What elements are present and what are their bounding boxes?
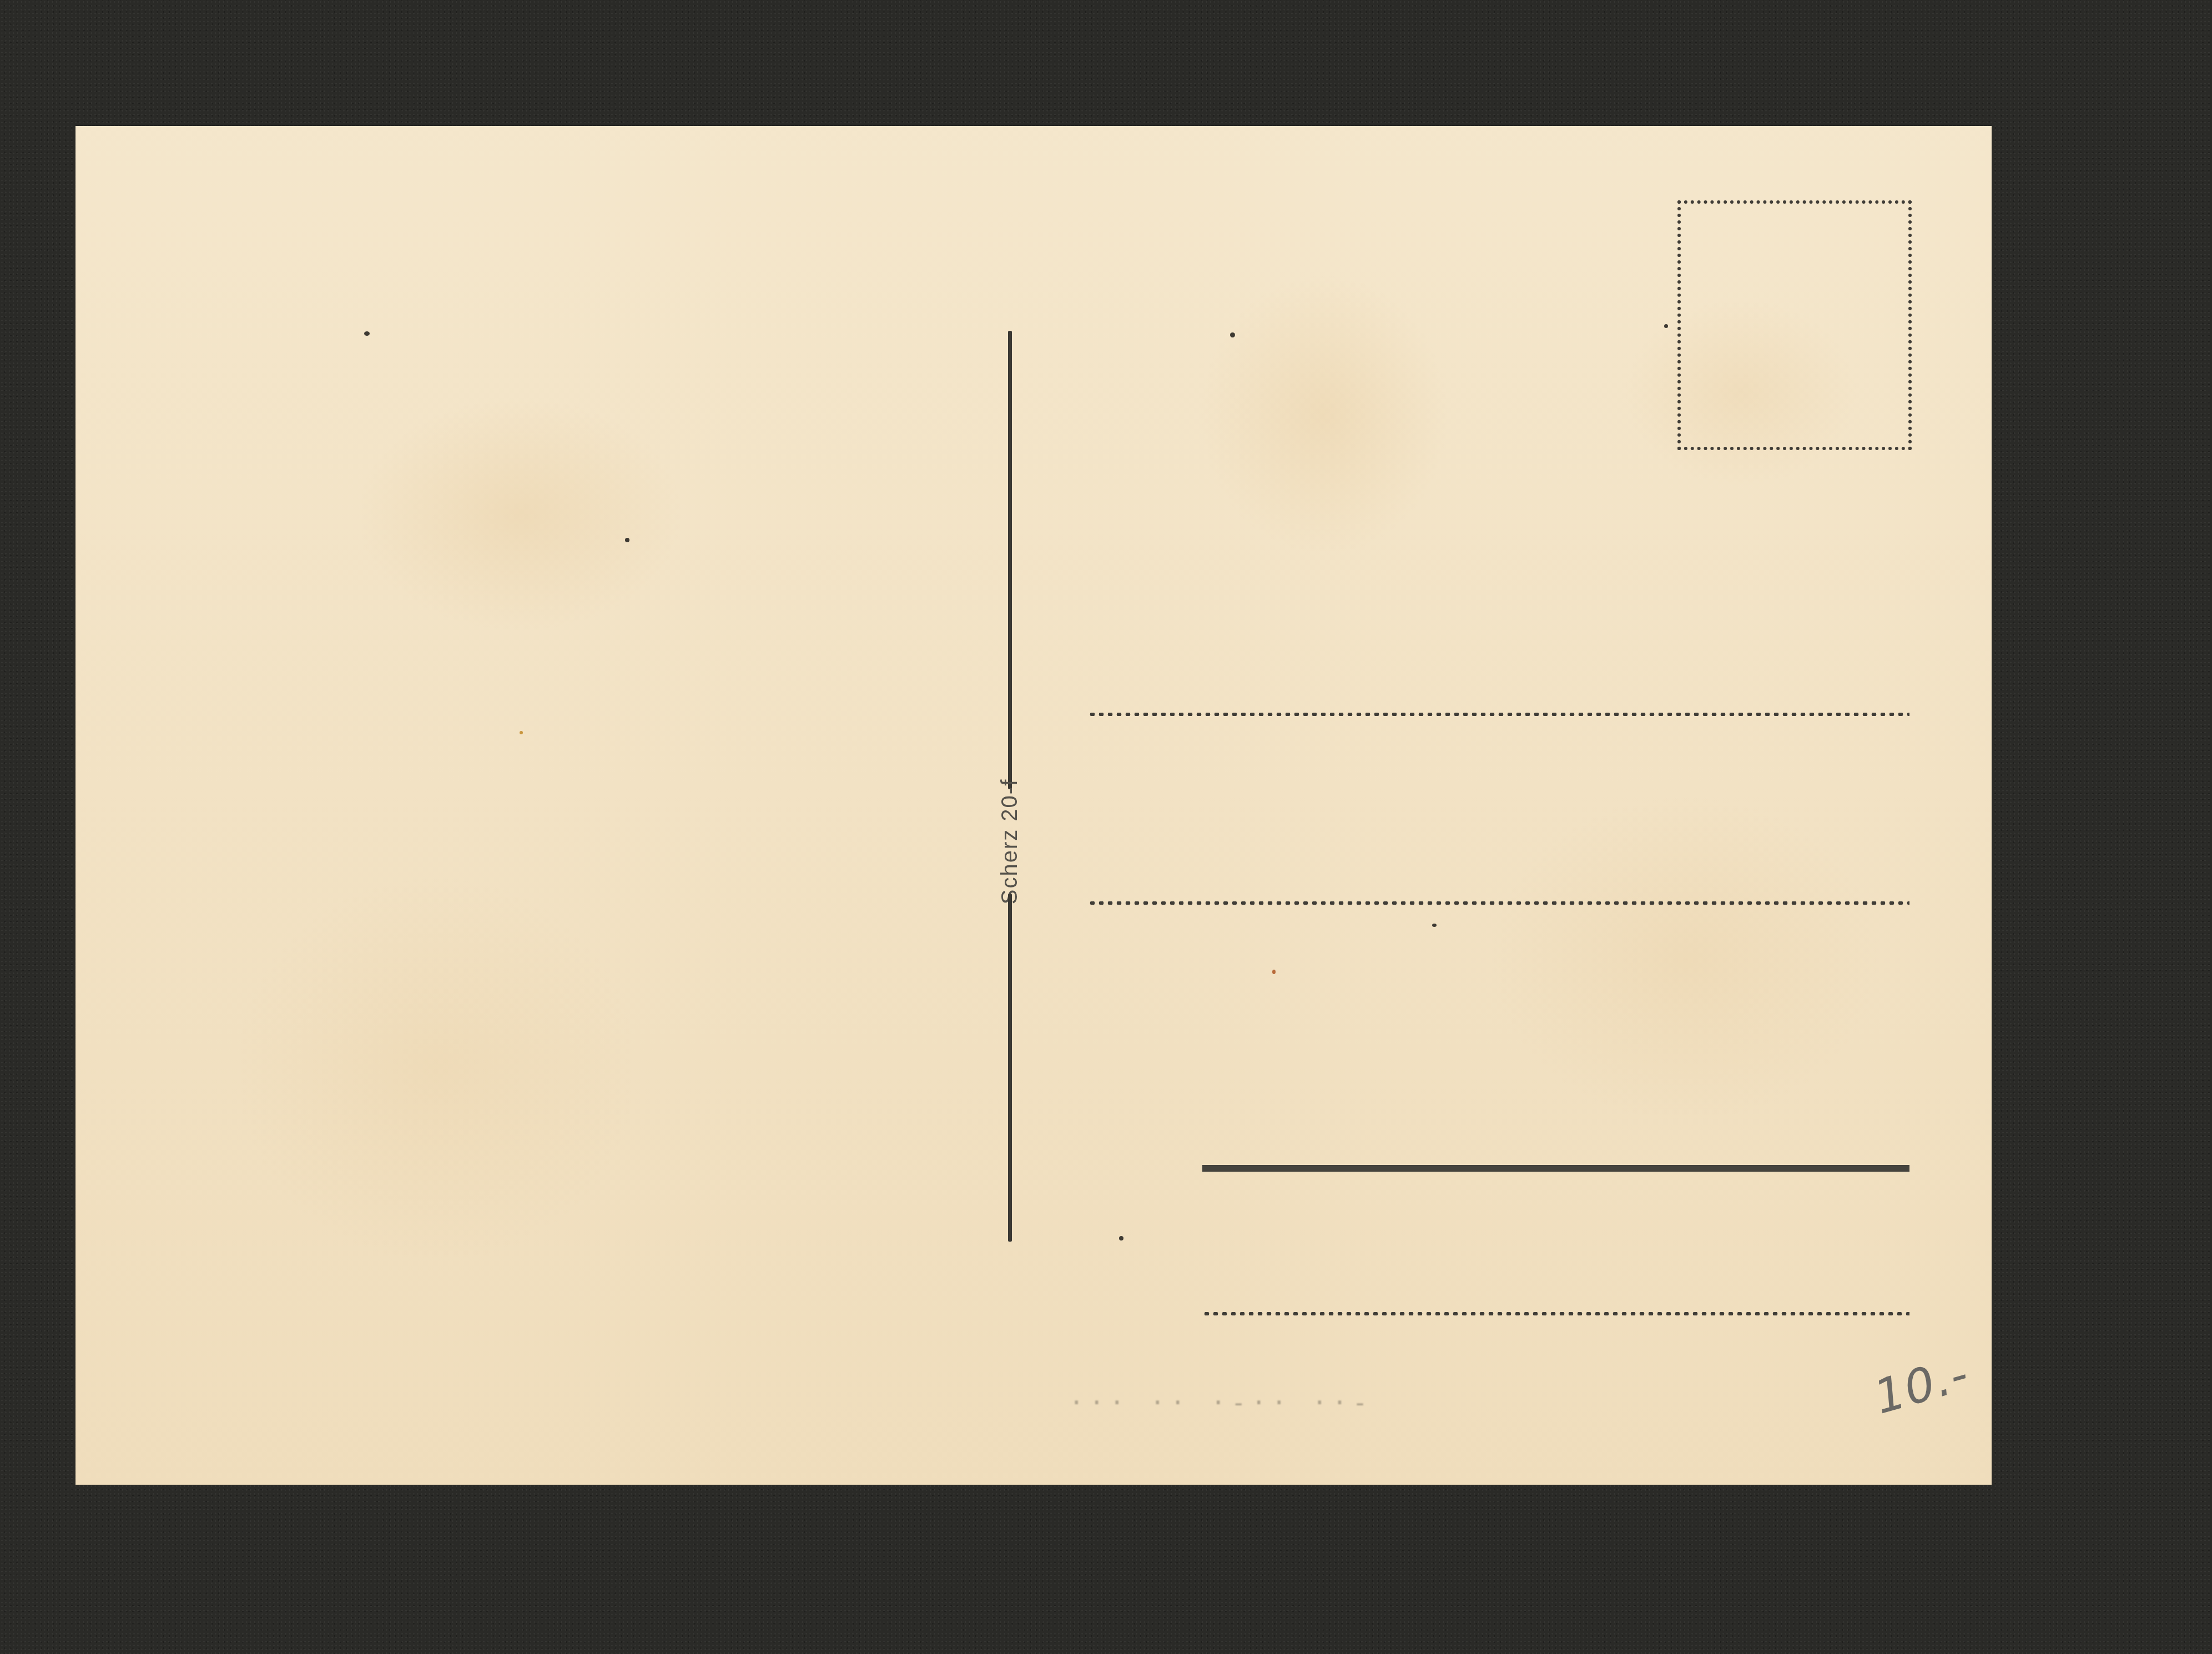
foxing-speck: [1432, 924, 1437, 927]
foxing-speck: [1230, 332, 1235, 337]
center-divider-line-top: [1008, 331, 1012, 789]
foxing-speck: [1119, 1236, 1123, 1240]
foxing-speck: [364, 331, 370, 336]
address-line-1[interactable]: [1088, 713, 1909, 716]
address-line-4[interactable]: [1202, 1312, 1909, 1315]
stamp-placeholder-box: [1677, 200, 1912, 450]
postcard: Scherz 20-f ··· ·· ·-·· ··- 10.-: [75, 126, 1992, 1485]
address-line-2[interactable]: [1088, 901, 1909, 905]
foxing-speck: [1664, 324, 1668, 328]
center-divider-line-bottom: [1008, 894, 1012, 1242]
address-line-3[interactable]: [1202, 1165, 1909, 1172]
publisher-code: Scherz 20-f: [997, 779, 1022, 905]
handwritten-price-annotation: 10.-: [1868, 1346, 1975, 1425]
faint-stamp-impression: ··· ·· ·-·· ··-: [1069, 1389, 1373, 1417]
foxing-speck: [520, 731, 523, 734]
foxing-speck: [1272, 970, 1276, 974]
foxing-speck: [625, 538, 629, 542]
